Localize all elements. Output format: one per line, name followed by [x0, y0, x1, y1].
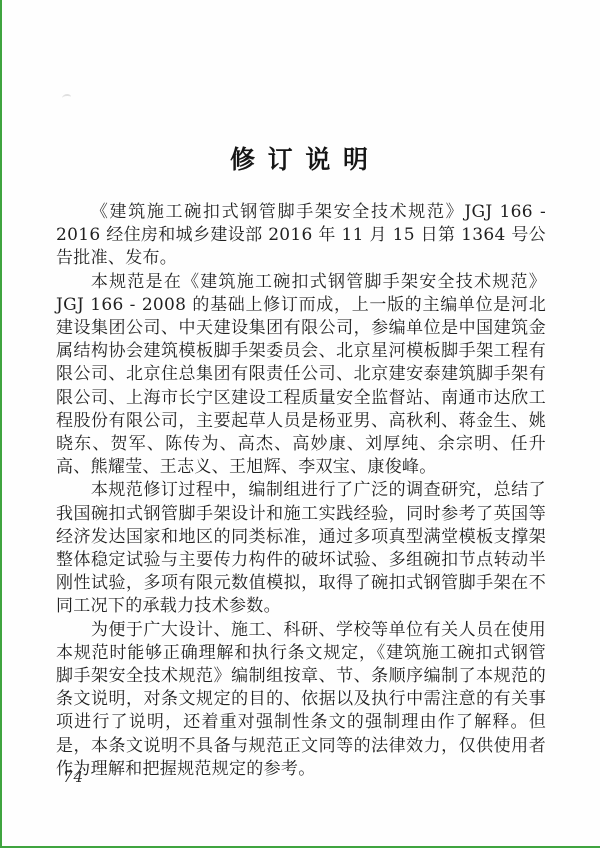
page-number: 74 — [63, 768, 84, 786]
paragraph-research: 本规范修订过程中，编制组进行了广泛的调查研究，总结了我国碗扣式钢管脚手架设计和施… — [56, 479, 546, 618]
paragraph-drafting-units: 本规范是在《建筑施工碗扣式钢管脚手架安全技术规范》JGJ 166 - 2008 … — [56, 271, 546, 480]
body-text: 《建筑施工碗扣式钢管脚手架安全技术规范》JGJ 166 - 2016 经住房和城… — [56, 201, 546, 781]
scan-edge-left — [0, 0, 2, 848]
scanned-document-page: 修 订 说 明 《建筑施工碗扣式钢管脚手架安全技术规范》JGJ 166 - 20… — [0, 0, 600, 848]
paragraph-usage-note: 为便于广大设计、施工、科研、学校等单位有关人员在使用本规范时能够正确理解和执行条… — [56, 619, 546, 781]
page-title: 修 订 说 明 — [0, 140, 600, 176]
scan-artifact — [62, 94, 71, 101]
paragraph-approval: 《建筑施工碗扣式钢管脚手架安全技术规范》JGJ 166 - 2016 经住房和城… — [56, 201, 546, 271]
